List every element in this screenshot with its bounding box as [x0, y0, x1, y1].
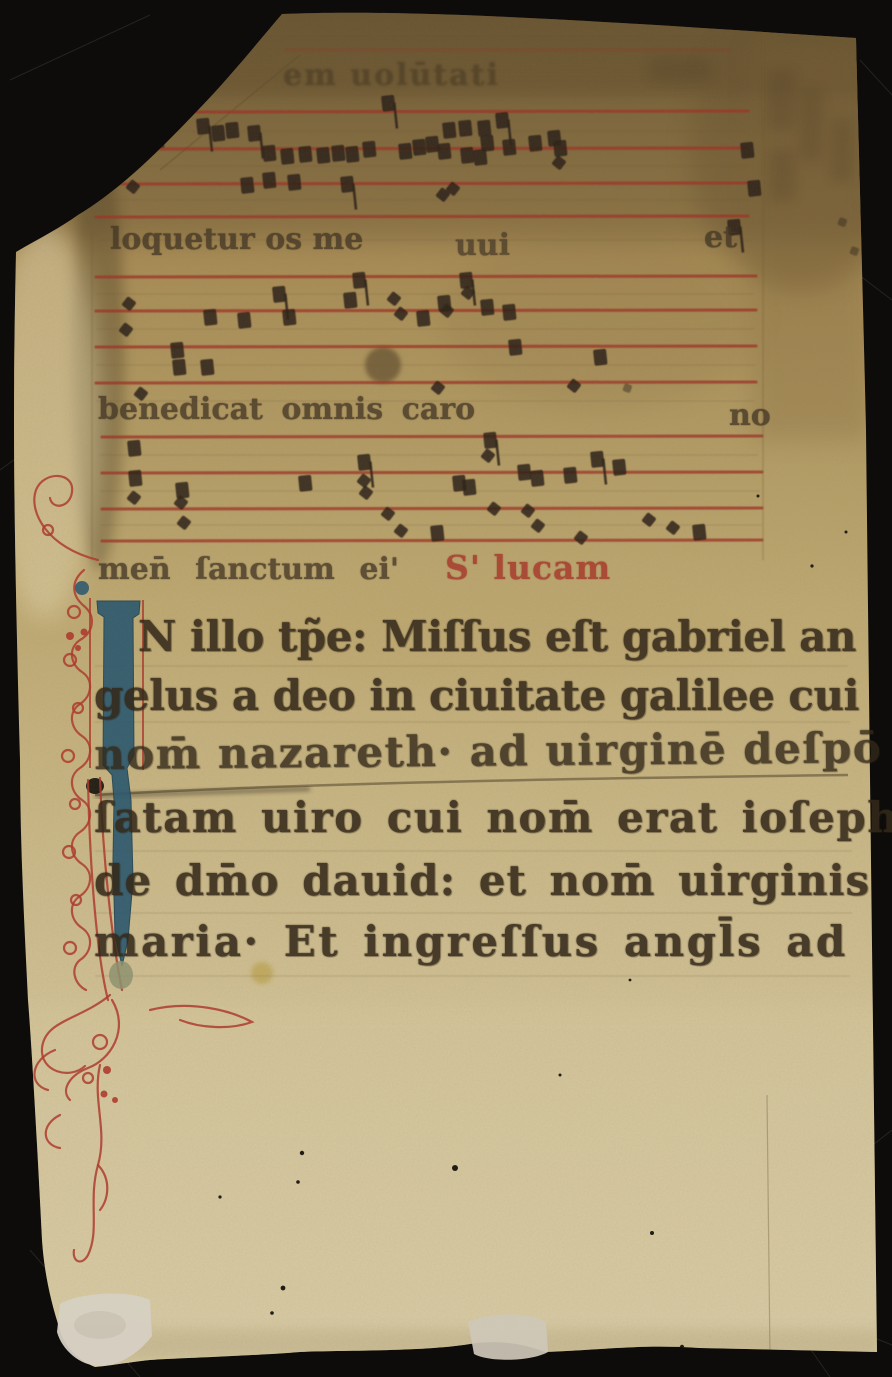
chant-verse-benedicat: benedicat omnis caro [98, 392, 475, 427]
manuscript-photo: em uolūtati loquetur os me uui et benedi… [0, 0, 892, 1377]
rubric-secundum-lucam: S' lucam [445, 548, 611, 587]
gospel-line-1: N illo tp̃e: Miſſus eſt gabriel an [138, 612, 856, 661]
chant-verse-loquetur: loquetur os me [110, 222, 363, 257]
chant-verse-loquetur-minims: uui [455, 228, 510, 263]
chant-verse-no: no [729, 398, 771, 433]
gospel-line-3: nom̄ nazareth· ad uirginē deſpō [94, 723, 882, 779]
gospel-line-2: gelus a deo in ciuitate galilee cui [94, 671, 859, 720]
gospel-line-4: ſatam uiro cui nom̄ erat ioſeph [94, 793, 892, 842]
gospel-line-6: maria· Et ingreſſus angl̄s ad [94, 917, 848, 966]
text-layer: em uolūtati loquetur os me uui et benedi… [0, 0, 892, 1377]
chant-faded-line: em uolūtati [283, 58, 500, 93]
chant-verse-et: et [704, 220, 737, 255]
chant-verse-sanctum: men̄ ſanctum ei' [98, 552, 399, 587]
gospel-line-5: de dm̄o dauid: et nom̄ uirginis [94, 856, 870, 905]
